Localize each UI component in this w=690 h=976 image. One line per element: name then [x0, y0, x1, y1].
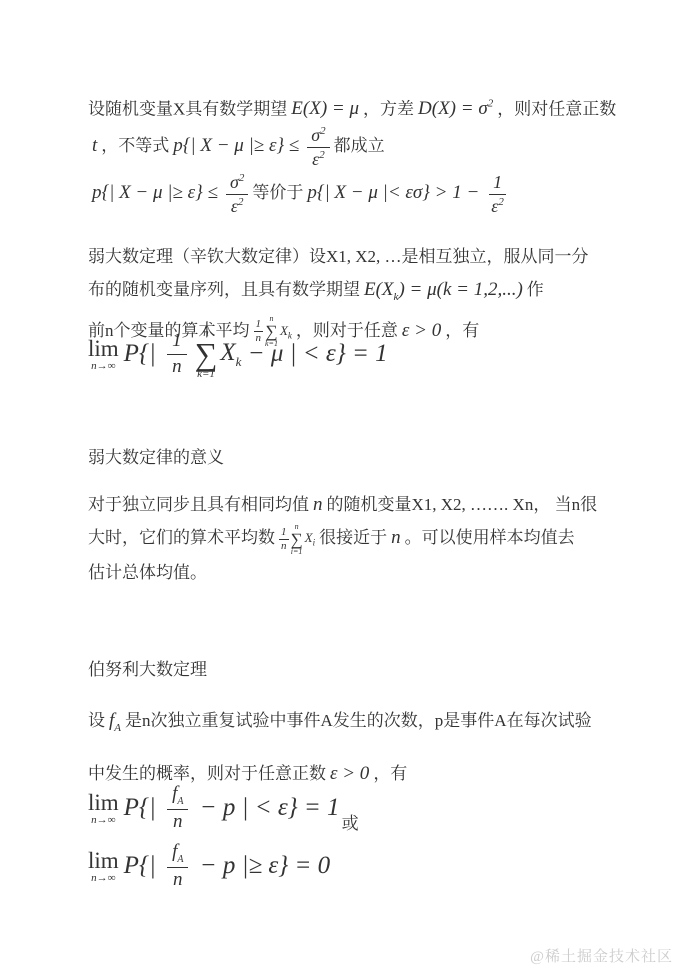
math-fa: fA: [109, 710, 121, 731]
math-xk: Xk: [220, 339, 241, 370]
fraction-fa-n: fAn: [167, 784, 188, 833]
limit-operator: limn→∞: [88, 791, 119, 826]
text-run: ，有: [373, 764, 407, 783]
paragraph-line: 布的随机变量序列，且具有数学期望E(Xk) = μ(k = 1,2,...)作: [88, 273, 620, 314]
text-run: 作: [527, 280, 544, 299]
text-run: 中发生的概率，则对于任意正数: [88, 764, 326, 783]
math-expectation: E(X) = μ: [291, 98, 359, 119]
math-run: P{|: [124, 852, 162, 880]
paragraph-line: 弱大数定理（辛钦大数定律）设X1, X2, …是相互独立，服从同一分: [88, 240, 620, 273]
fraction-one-epsilon: 1ε2: [487, 172, 508, 216]
math-mean-symbol: n: [391, 527, 401, 548]
text-run: 估计总体均值。: [88, 563, 207, 582]
text-run: 弱大数定理（辛钦大数定律）设X1, X2, …是相互独立，服从同一分: [88, 247, 589, 266]
math-mean-symbol: n: [313, 494, 323, 515]
fraction-sigma-epsilon: σ2ε2: [307, 125, 329, 169]
text-run: ，方差: [363, 99, 414, 118]
math-run: − p | < ε} = 1: [193, 794, 339, 822]
paragraph-line: 估计总体均值。: [88, 556, 620, 589]
limit-operator: limn→∞: [88, 849, 119, 884]
paragraph-line: 大时，它们的算术平均数1nn∑i=1Xi很接近于n。可以使用样本均值去: [88, 521, 620, 556]
math-probability: p{| X − μ |≥ ε} ≤: [92, 182, 218, 203]
inline-sum-formula: 1nn∑i=1Xi: [279, 523, 315, 556]
math-expectation-k: E(Xk) = μ(k = 1,2,...): [364, 279, 523, 300]
math-variance: D(X) = σ2: [418, 98, 493, 119]
heading-bernoulli-lln: 伯努利大数定理: [88, 655, 620, 680]
paragraph-line: t，不等式p{| X − μ |≥ ε} ≤σ2ε2都成立: [88, 125, 620, 169]
paragraph-line: 设随机变量X具有数学期望E(X) = μ，方差D(X) = σ2，则对任意正数: [88, 88, 620, 125]
paragraph-line: 对于独立同步且具有相同均值n的随机变量X1, X2, ……. Xn， 当n很: [88, 488, 620, 521]
math-probability: p{| X − μ |< εσ} > 1 −: [307, 182, 479, 203]
formula-chebyshev-equivalence: p{| X − μ |≥ ε} ≤σ2ε2等价于p{| X − μ |< εσ}…: [88, 172, 620, 216]
text-run: ，不等式: [101, 136, 169, 155]
watermark: @稀土掘金技术社区: [530, 945, 673, 966]
text-run: 布的随机变量序列，且具有数学期望: [88, 280, 360, 299]
paragraph-bernoulli: 设fA是n次独立重复试验中事件A发生的次数，p是事件A在每次试验 中发生的概率，…: [88, 698, 620, 796]
paragraph-meaning: 对于独立同步且具有相同均值n的随机变量X1, X2, ……. Xn， 当n很 大…: [88, 488, 620, 589]
text-run: 。可以使用样本均值去: [405, 528, 575, 547]
math-run: − p |≥ ε} = 0: [193, 852, 330, 880]
math-probability: p{| X − μ |≥ ε} ≤: [173, 135, 299, 156]
text-run: 很接近于: [319, 528, 387, 547]
paragraph-line: 设fA是n次独立重复试验中事件A发生的次数，p是事件A在每次试验: [88, 698, 620, 751]
text-run: 设随机变量X具有数学期望: [88, 99, 287, 118]
math-run: P{|: [124, 340, 162, 368]
text-or: 或: [342, 809, 359, 834]
math-run: − μ | < ε} = 1: [241, 340, 387, 368]
text-run: ，则对任意正数: [497, 99, 616, 118]
fraction-sigma-epsilon: σ2ε2: [226, 172, 248, 216]
math-run: P{|: [124, 794, 162, 822]
text-run: 是n次独立重复试验中事件A发生的次数，p是事件A在每次试验: [125, 711, 592, 730]
formula-bernoulli-limit-zero: limn→∞P{| fAn − p |≥ ε} = 0: [88, 842, 620, 891]
formula-weak-lln-limit: limn→∞P{| 1nn∑k=1Xk − μ | < ε} = 1: [88, 328, 620, 380]
text-run: 对于独立同步且具有相同均值: [88, 495, 309, 514]
fraction-fa-n: fAn: [167, 842, 188, 891]
text-run: 大时，它们的算术平均数: [88, 528, 275, 547]
summation-symbol: n∑k=1: [195, 328, 218, 380]
text-run: 的随机变量X1, X2, ……. Xn， 当n很: [327, 495, 598, 514]
sigma-symbol: ∑: [291, 531, 303, 548]
text-run: 都成立: [334, 136, 385, 155]
text-run: 设: [88, 711, 105, 730]
text-run: 等价于: [252, 183, 303, 202]
formula-bernoulli-limit-one: limn→∞P{| fAn − p | < ε} = 1或: [88, 784, 620, 833]
fraction-one-n: 1n: [167, 331, 187, 378]
math-epsilon-var: t: [92, 135, 97, 156]
math-epsilon-gt-zero: ε > 0: [330, 763, 369, 784]
limit-operator: limn→∞: [88, 337, 119, 372]
paragraph-chebyshev: 设随机变量X具有数学期望E(X) = μ，方差D(X) = σ2，则对任意正数 …: [88, 88, 620, 170]
heading-weak-lln-meaning: 弱大数定律的意义: [88, 443, 620, 468]
